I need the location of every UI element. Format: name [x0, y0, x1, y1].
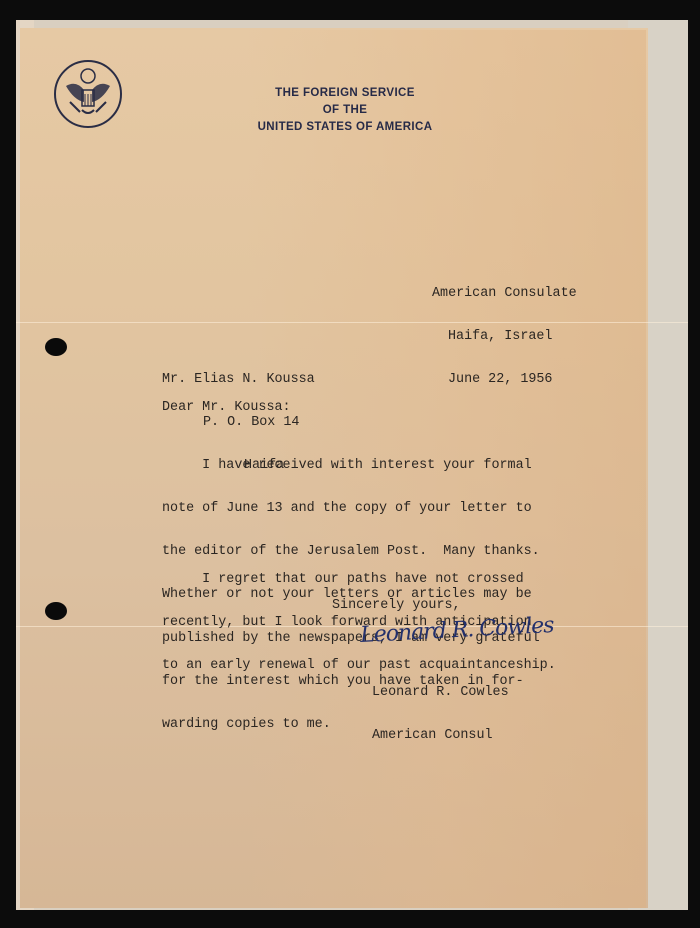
sender-line-2: Haifa, Israel: [432, 330, 577, 344]
sender-block: American Consulate Haifa, Israel June 22…: [432, 258, 577, 402]
signer-block: Leonard R. Cowles American Consul: [372, 657, 509, 758]
letterhead: THE FOREIGN SERVICE OF THE UNITED STATES…: [240, 85, 450, 136]
letterhead-line-1: THE FOREIGN SERVICE: [240, 85, 450, 102]
great-seal-eagle-icon: [54, 60, 122, 128]
sender-line-1: American Consulate: [432, 287, 577, 301]
body-line: note of June 13 and the copy of your let…: [162, 502, 540, 516]
signer-title: American Consul: [372, 729, 509, 743]
letterhead-line-2: OF THE: [240, 102, 450, 119]
punch-hole-bottom: [45, 602, 67, 620]
closing: Sincerely yours,: [332, 599, 461, 613]
signer-name: Leonard R. Cowles: [372, 686, 509, 700]
recipient-po-box: P. O. Box 14: [162, 416, 315, 430]
fold-line-upper: [16, 322, 688, 323]
letterhead-line-3: UNITED STATES OF AMERICA: [240, 119, 450, 136]
body-line: I have received with interest your forma…: [162, 459, 540, 473]
salutation: Dear Mr. Koussa:: [162, 401, 291, 415]
letter-date: June 22, 1956: [432, 373, 577, 387]
body-line: I regret that our paths have not crossed: [162, 573, 556, 587]
punch-hole-top: [45, 338, 67, 356]
recipient-name: Mr. Elias N. Koussa: [162, 373, 315, 387]
